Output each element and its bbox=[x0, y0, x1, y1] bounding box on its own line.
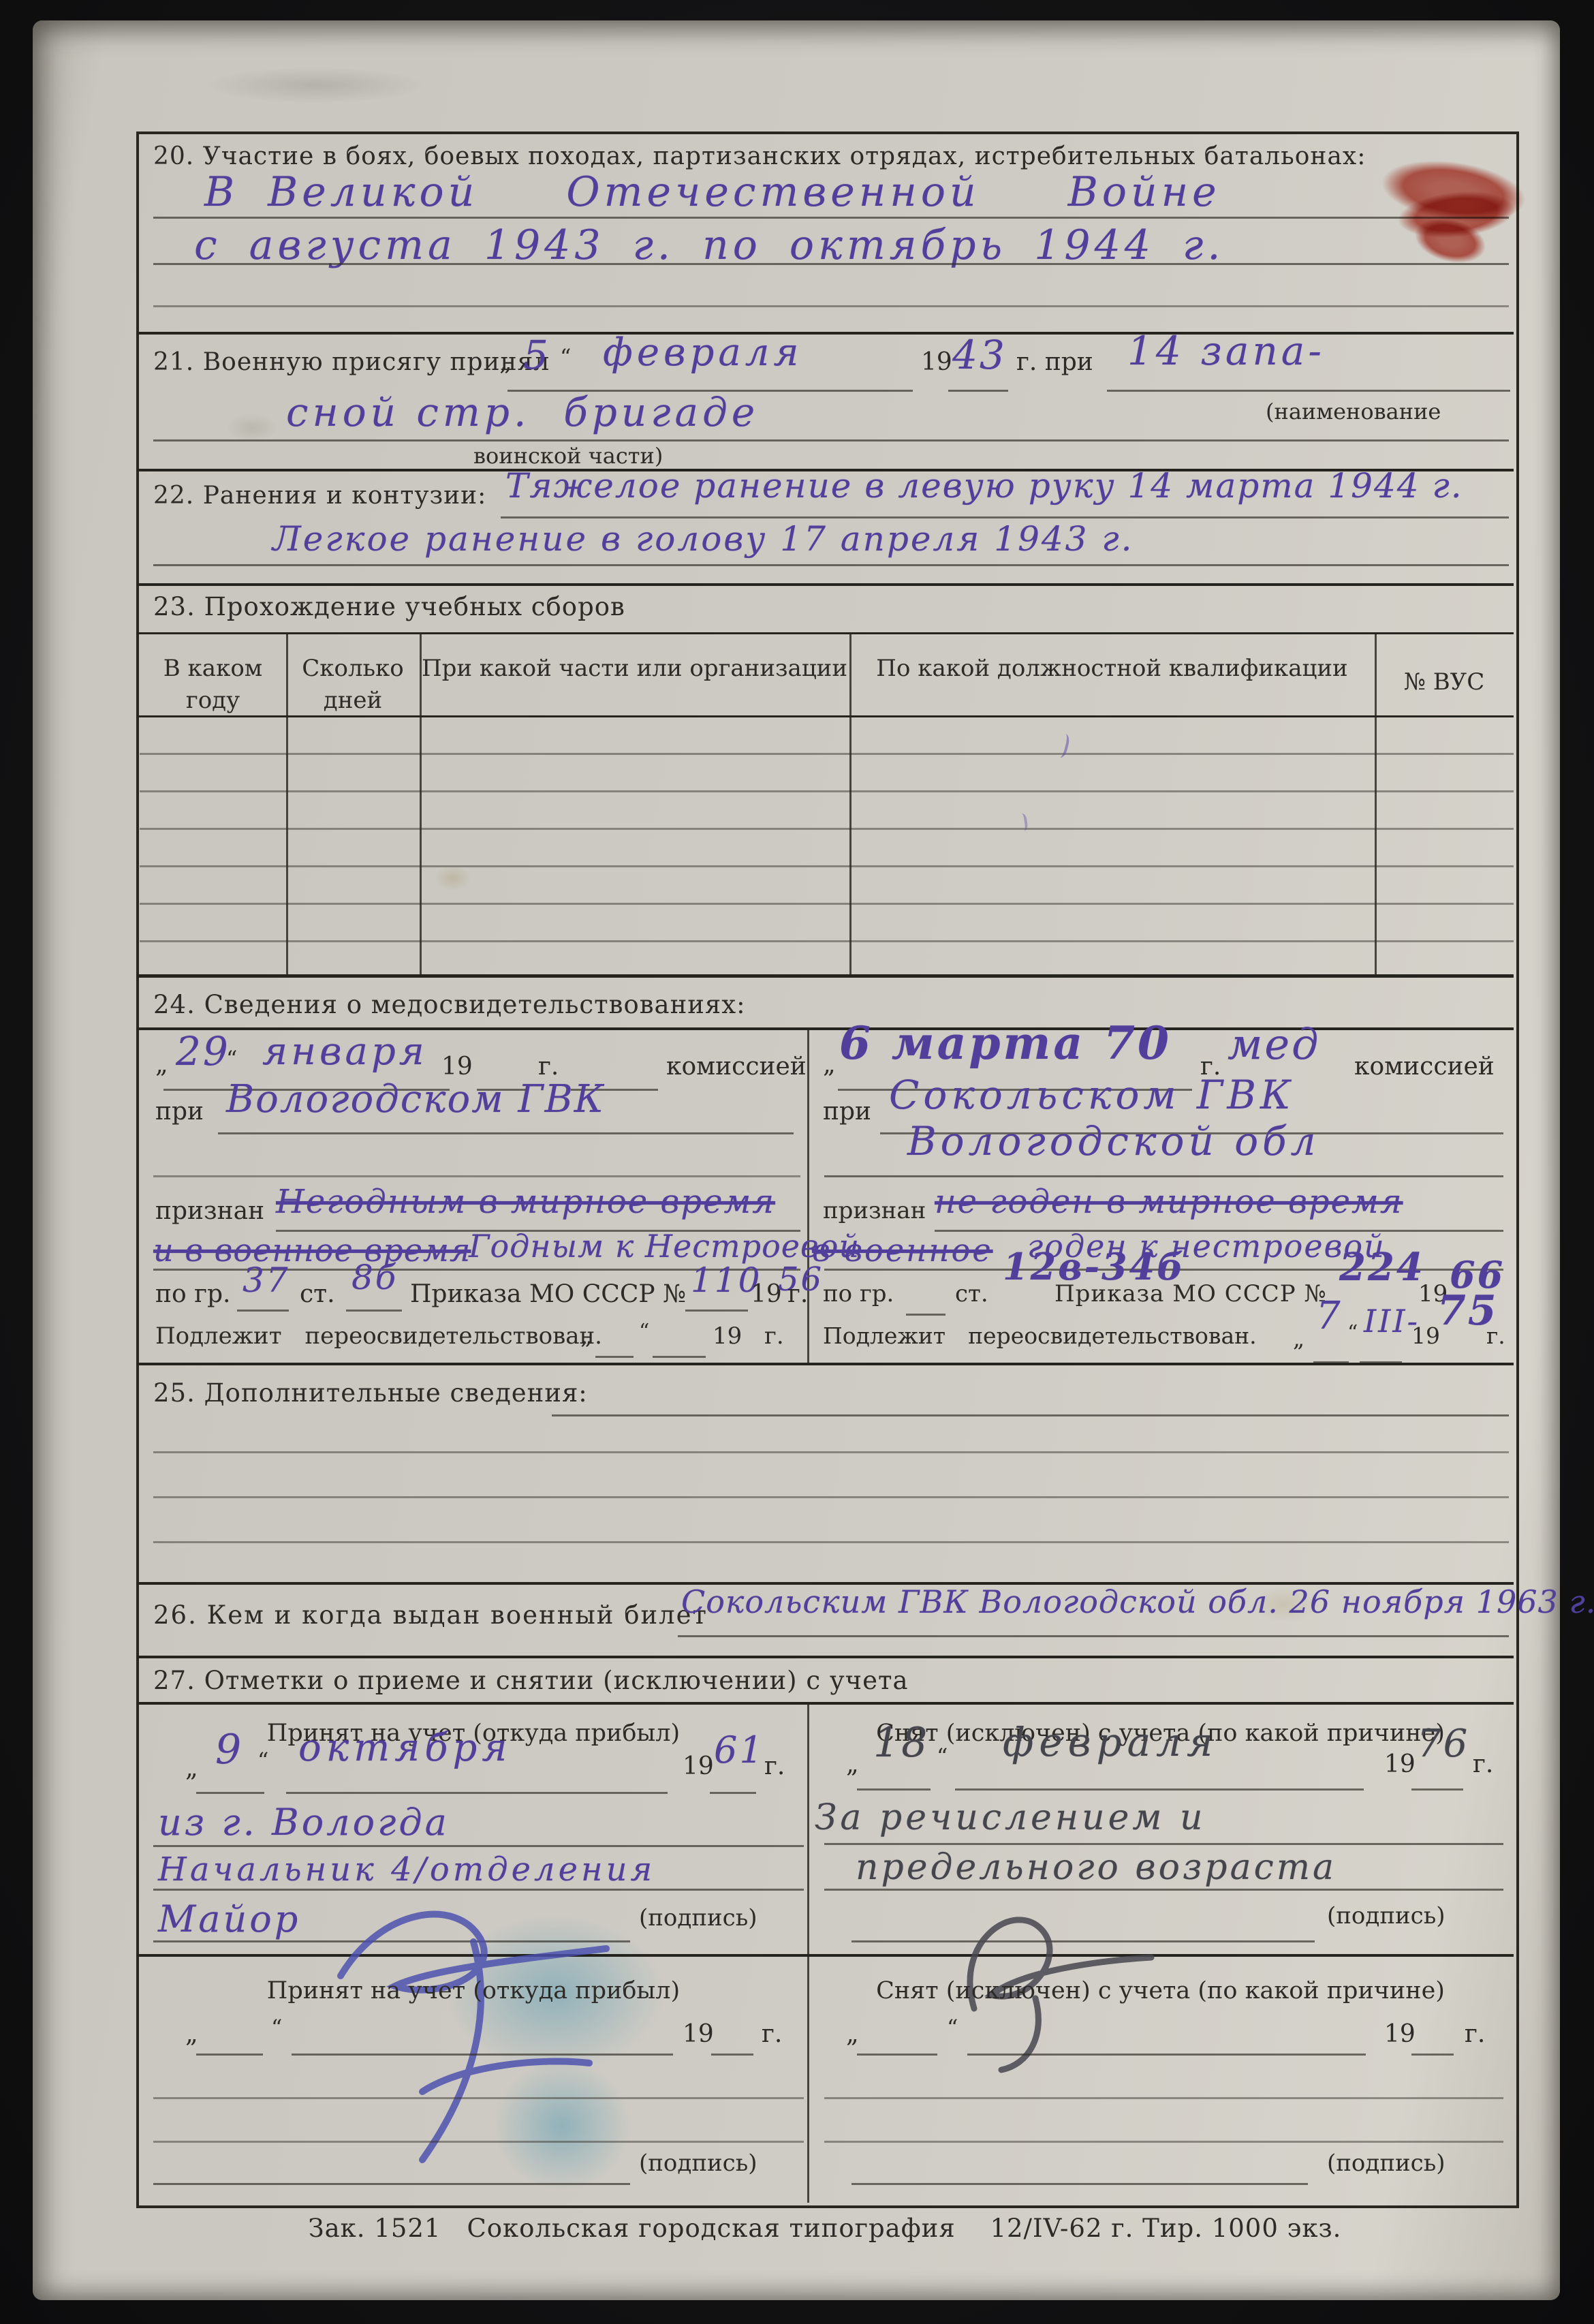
s27-r2r-q2: “ bbox=[947, 2017, 958, 2039]
s24l-month-entry: января bbox=[262, 1033, 428, 1071]
ruled-line bbox=[857, 1788, 931, 1791]
s24r-q4: “ bbox=[1347, 1323, 1358, 1344]
s24r-article-entry: 12в-34б bbox=[1003, 1248, 1185, 1285]
s27-r1r-reason-entry1: За речислением и bbox=[815, 1800, 1206, 1835]
s24r-committee-label: комиссией bbox=[1354, 1055, 1495, 1079]
s27-r1l-g: г. bbox=[764, 1754, 785, 1779]
ruled-line bbox=[955, 1788, 1364, 1791]
s24l-group-entry: 37 bbox=[243, 1263, 290, 1297]
signature-stroke bbox=[341, 1915, 606, 2160]
ruled-line bbox=[967, 2054, 1366, 2056]
s27-r2r-y19: 19 bbox=[1384, 2022, 1416, 2047]
ruled-line bbox=[678, 1635, 1509, 1637]
ruled-line bbox=[292, 2054, 673, 2056]
signature bbox=[320, 1874, 620, 2180]
ruled-line bbox=[653, 1356, 706, 1358]
ruled-line bbox=[851, 2183, 1308, 2185]
s21-year-printed: 19 bbox=[921, 350, 952, 375]
s24l-year19b: 19 bbox=[751, 1282, 782, 1307]
s23-col-header-year: В каком году bbox=[140, 653, 286, 717]
ruled-line bbox=[501, 516, 1509, 518]
ruled-line bbox=[153, 1175, 800, 1177]
ruled-line bbox=[237, 1310, 289, 1312]
s27-r1r-g: г. bbox=[1473, 1752, 1493, 1777]
section-divider bbox=[136, 1363, 1514, 1365]
scanned-document-page: 20. Участие в боях, боевых походах, парт… bbox=[0, 0, 1594, 2324]
ruled-line bbox=[196, 2054, 263, 2056]
s21-month-entry: февраля bbox=[603, 334, 803, 372]
s27-r1r-month-entry: февраля bbox=[1003, 1722, 1219, 1762]
s23-col-header-vus: № ВУС bbox=[1375, 666, 1514, 698]
ruled-line bbox=[153, 217, 1509, 219]
ruled-line bbox=[824, 2097, 1503, 2099]
s23-heading: 23. Прохождение учебных сборов bbox=[153, 594, 625, 619]
table-row-line bbox=[140, 790, 1514, 792]
s27-r2l-q2: “ bbox=[271, 2017, 282, 2039]
s27-r1r-q1: „ bbox=[846, 1752, 859, 1777]
s27-r1l-year-entry: 61 bbox=[714, 1732, 765, 1769]
ruled-line bbox=[153, 305, 1509, 307]
s24l-q4: “ bbox=[639, 1322, 649, 1342]
ruled-line bbox=[286, 1792, 668, 1794]
s21-unit-entry-line1: 14 запа- bbox=[1127, 331, 1325, 371]
s24r-med-entry: мед bbox=[1228, 1023, 1320, 1066]
s24l-struck-entry1: Негодным в мирное время bbox=[276, 1186, 775, 1218]
s24r-commission-entry: Сокольском ГВК bbox=[889, 1075, 1295, 1115]
ruled-line bbox=[824, 2141, 1503, 2143]
s27-r1r-podpis-label: (подпись) bbox=[1327, 1904, 1445, 1927]
s27-r1l-day-entry: 9 bbox=[215, 1729, 243, 1770]
s24l-kept-entry: Годным к Нестроевой bbox=[469, 1230, 860, 1262]
section20-heading: 20. Участие в боях, боевых походах, парт… bbox=[153, 144, 1366, 169]
ruled-line bbox=[1411, 2054, 1454, 2056]
s24r-order-number-entry: 224 bbox=[1339, 1248, 1425, 1286]
s24l-priznan-label: признан bbox=[155, 1199, 264, 1224]
s24r-podlezhit-label: Подлежит переосвидетельствован. bbox=[823, 1324, 1257, 1347]
s24r-date-entry: 6 марта 70 bbox=[839, 1021, 1172, 1066]
s24r-st-label: ст. bbox=[955, 1282, 988, 1305]
s27-r1r-y19: 19 bbox=[1384, 1752, 1416, 1777]
s24r-prikaz-label: Приказа МО СССР № bbox=[1054, 1282, 1327, 1305]
ruled-line bbox=[710, 1792, 756, 1794]
ruled-line bbox=[595, 1356, 634, 1358]
s24l-q3: „ bbox=[580, 1324, 593, 1348]
s21-open-quote: „ bbox=[499, 350, 512, 375]
table-top-border bbox=[136, 632, 1514, 634]
print-shop-imprint: Зак. 1521 Сокольская городская типографи… bbox=[136, 2216, 1514, 2241]
s24l-article-entry: 8б bbox=[351, 1260, 398, 1295]
s23-col-header-unit: При какой части или организации bbox=[420, 653, 849, 685]
s24l-year19: 19 bbox=[441, 1055, 473, 1079]
ruled-line bbox=[948, 390, 1008, 392]
s26-entry: Сокольским ГВК Вологодской обл. 26 ноябр… bbox=[681, 1586, 1594, 1617]
table-row-line bbox=[140, 903, 1514, 905]
s24l-pogr-label: по гр. bbox=[155, 1282, 230, 1307]
s27-r1l-q2: “ bbox=[257, 1750, 268, 1771]
table-row-line bbox=[140, 940, 1514, 942]
s22-entry-line2: Легкое ранение в голову 17 апреля 1943 г… bbox=[272, 522, 1134, 556]
s25-heading: 25. Дополнительные сведения: bbox=[153, 1380, 588, 1406]
s24r-year19c: 19 bbox=[1411, 1324, 1440, 1347]
s24l-commission-entry: Вологодском ГВК bbox=[226, 1081, 605, 1119]
s21-unit-entry-line2: сной стр. бригаде bbox=[286, 392, 759, 432]
s24-heading: 24. Сведения о медосвидетельствованиях: bbox=[153, 992, 746, 1017]
s27-r2l-g: г. bbox=[762, 2022, 782, 2047]
s27-r2l-podpis-label: (подпись) bbox=[639, 2152, 757, 2175]
ruled-line bbox=[153, 263, 1509, 265]
s21-label: 21. Военную присягу принял bbox=[153, 350, 550, 375]
s27-r1l-from-entry: из г. Вологда bbox=[158, 1804, 450, 1841]
ruled-line bbox=[824, 1175, 1503, 1177]
ruled-line bbox=[1107, 390, 1510, 392]
section-divider bbox=[136, 1656, 1514, 1658]
s27-r1l-q1: „ bbox=[185, 1756, 198, 1781]
s20-entry-line1: В Великой Отечественной Войне bbox=[204, 172, 1221, 213]
column-divider bbox=[807, 1027, 809, 1363]
s23-col-header-qualification: По какой должностной квалификации bbox=[849, 653, 1375, 685]
s27-r2r-q1: „ bbox=[846, 2022, 859, 2047]
s27-r1r-q2: “ bbox=[937, 1746, 948, 1767]
s24l-g-label: г. bbox=[538, 1055, 559, 1079]
section-divider bbox=[136, 974, 1514, 978]
s24r-priznan-label: признан bbox=[823, 1199, 926, 1222]
s27-r1l-rank-entry: Майор bbox=[158, 1901, 300, 1938]
s24l-prikaz-label: Приказа МО СССР № bbox=[410, 1282, 686, 1307]
paper-stain bbox=[170, 61, 463, 109]
ruled-line bbox=[1411, 1788, 1463, 1791]
s27-heading: 27. Отметки о приеме и снятии (исключени… bbox=[153, 1668, 909, 1693]
s24r-open-quote: „ bbox=[823, 1053, 836, 1077]
ruled-line bbox=[824, 1843, 1503, 1845]
ruled-line bbox=[711, 2054, 753, 2056]
s23-col-header-days: Сколько дней bbox=[286, 653, 420, 717]
ruled-line bbox=[153, 439, 1509, 441]
s24r-struck-entry2: в военное bbox=[812, 1235, 993, 1266]
s21-caption-unit: воинской части) bbox=[473, 445, 663, 467]
s24r-struck-entry1: не годен в мирное время bbox=[935, 1186, 1403, 1218]
s24r-gc-label: г. bbox=[1486, 1324, 1505, 1347]
ruled-line bbox=[218, 1132, 794, 1134]
section-divider bbox=[136, 583, 1514, 586]
s24l-struck-entry2: и в военное время bbox=[153, 1235, 471, 1266]
s27-r1r-day-entry: 18 bbox=[873, 1722, 929, 1763]
ruled-line bbox=[153, 1541, 1509, 1543]
s27-r1l-month-entry: октября bbox=[298, 1729, 512, 1767]
s24l-day-entry: 29 bbox=[176, 1032, 230, 1071]
table-row-line bbox=[140, 753, 1514, 755]
s24r-q3: „ bbox=[1293, 1327, 1304, 1350]
s26-label: 26. Кем и когда выдан военный билет bbox=[153, 1602, 708, 1628]
s27-r2l-header: Принят на учет (откуда прибыл) bbox=[140, 1974, 807, 2007]
s24l-pri-label: при bbox=[155, 1100, 204, 1124]
s24r-resday-entry: 7 bbox=[1316, 1297, 1343, 1335]
s21-after-label: г. при bbox=[1016, 350, 1093, 375]
ruled-line bbox=[196, 1792, 264, 1794]
s24l-committee-label: комиссией bbox=[666, 1055, 807, 1079]
s20-entry-line2: с августа 1943 г. по октябрь 1944 г. bbox=[194, 225, 1224, 266]
s21-day-entry: 5 bbox=[523, 335, 550, 375]
ruled-line bbox=[153, 2097, 804, 2099]
ruled-line bbox=[346, 1310, 402, 1312]
s27-r2r-podpis-label: (подпись) bbox=[1327, 2152, 1445, 2175]
ruled-line bbox=[153, 564, 1509, 566]
ruled-line bbox=[906, 1314, 946, 1316]
ruled-line bbox=[153, 1845, 804, 1847]
s24l-podlezhit-label: Подлежит переосвидетельствован. bbox=[155, 1324, 602, 1348]
s24l-gb-label: г. bbox=[787, 1282, 808, 1307]
ruled-line bbox=[685, 1310, 748, 1312]
s24r-pri-label: при bbox=[823, 1100, 871, 1124]
s24r-region-entry: Вологодской обл bbox=[907, 1121, 1319, 1161]
s27-r1r-year-entry: 76 bbox=[1417, 1725, 1469, 1763]
table-row-line bbox=[140, 828, 1514, 830]
s24l-close-quote: “ bbox=[226, 1048, 237, 1070]
ruled-line bbox=[153, 1451, 1509, 1453]
s27-r2l-y19: 19 bbox=[683, 2022, 714, 2047]
s22-entry-line1: Тяжелое ранение в левую руку 14 марта 19… bbox=[505, 469, 1463, 503]
s21-year-entry: 43 bbox=[952, 335, 1007, 375]
s21-close-quote: “ bbox=[560, 346, 571, 368]
s24l-year19c: 19 bbox=[713, 1324, 742, 1348]
table-row-line bbox=[140, 865, 1514, 867]
ruled-line bbox=[153, 2183, 630, 2185]
s27-r1l-y19: 19 bbox=[683, 1754, 714, 1779]
s27-r2r-g: г. bbox=[1465, 2022, 1485, 2047]
ruled-line bbox=[552, 1414, 1509, 1416]
s21-caption-name: (наименование bbox=[1266, 401, 1441, 422]
s24l-st-label: ст. bbox=[300, 1282, 335, 1307]
s27-r2r-header: Снят (исключен) с учета (по какой причин… bbox=[807, 1974, 1514, 2007]
s24r-pogr-label: по гр. bbox=[823, 1282, 894, 1305]
column-divider bbox=[807, 1702, 809, 2203]
table-top-border bbox=[136, 1702, 1514, 1705]
s24l-open-quote: „ bbox=[155, 1053, 168, 1077]
ruled-line bbox=[153, 1496, 1509, 1498]
s22-label: 22. Ранения и контузии: bbox=[153, 484, 486, 508]
ruled-line bbox=[857, 2054, 937, 2056]
s24l-gc-label: г. bbox=[764, 1324, 784, 1348]
s27-r2l-q1: „ bbox=[185, 2022, 198, 2047]
ruled-line bbox=[153, 2141, 804, 2143]
